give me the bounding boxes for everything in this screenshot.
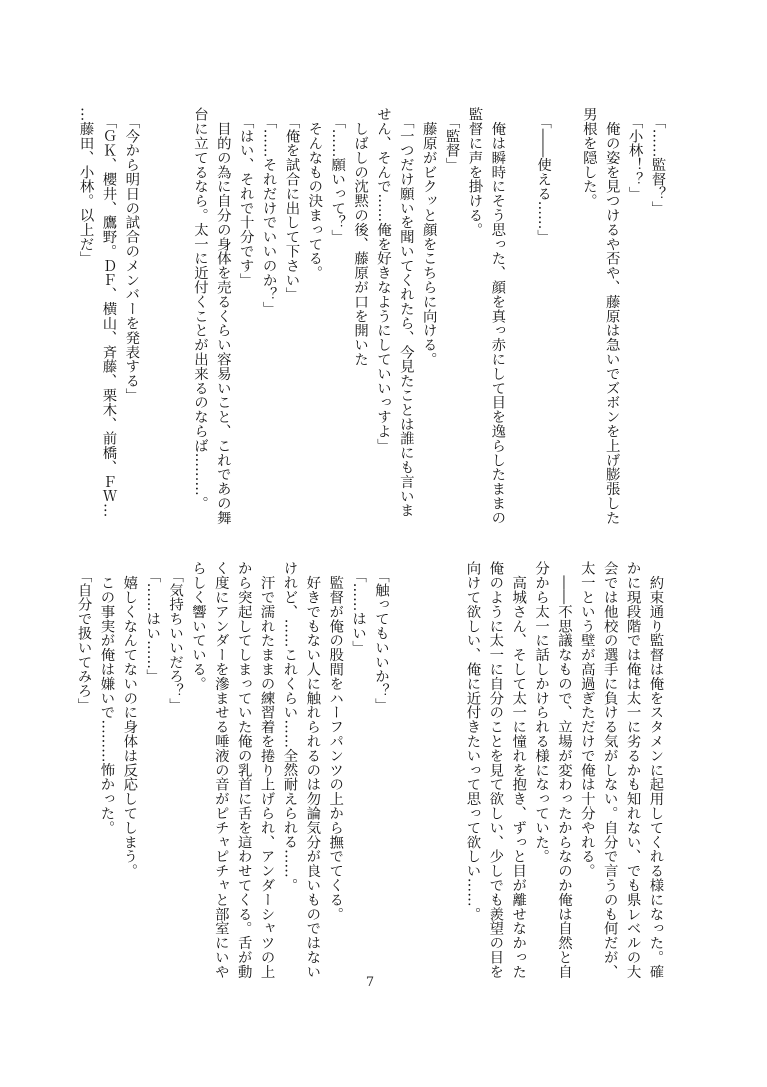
text-column: この事実が俺は嫌いで………怖かった。 <box>95 561 118 979</box>
text-column: 俺の姿を見つけるや否や、藤原は急いでズボンを上げ膨張した <box>600 107 623 525</box>
blank-column <box>392 561 415 979</box>
text-column: 「……はい」 <box>346 561 369 979</box>
text-column: 会では他校の選手に負ける気がしない。自分で言うのも何だが、 <box>598 561 621 979</box>
document-page: 「……監督？」 「小林！？」 俺の姿を見つけるや否や、藤原は急いでズボンを上げ膨… <box>0 0 767 1087</box>
text-column: 分から太一に話しかけられる様になっていた。 <box>529 561 552 979</box>
text-column: ――不思議なもので、立場が変わったからなのか俺は自然と自 <box>552 561 575 979</box>
text-column: 監督に声を掛ける。 <box>463 107 486 525</box>
text-column: 俺のように太一に自分のことを見て欲しい、少しでも羨望の目を <box>483 561 506 979</box>
text-column: 台に立てるなら。太一に近付くことが出来るのならば………。 <box>188 107 211 525</box>
text-column: 「ＧＫ、櫻井、鷹野。ＤＦ、横山、斉藤、栗木、前橋、ＦＷ… <box>97 107 120 525</box>
text-column: 「はい、それで十分です」 <box>234 107 257 525</box>
text-column: 俺は瞬時にそう思った、顔を真っ赤にして目を逸らしたままの <box>485 107 508 525</box>
lower-text-block: 約束通り監督は俺をスタメンに起用してくれる様になった。確 かに現段階では俺は太一… <box>72 561 667 979</box>
text-column: 藤原がビクッと顔をこちらに向ける。 <box>417 107 440 525</box>
text-column: 「……監督？」 <box>646 107 669 525</box>
text-column: 高城さん、そして太一に憧れを抱き、ずっと目が離せなかった <box>506 561 529 979</box>
text-column: けれど、……これくらい……全然耐えられる……。 <box>278 561 301 979</box>
text-column: らしく響いている。 <box>186 561 209 979</box>
page-number: 7 <box>355 976 385 990</box>
text-column: 「……願いって？」 <box>325 107 348 525</box>
text-column: 「一つだけ願いを聞いてくれたら、今見たことは誰にも言いま <box>394 107 417 525</box>
text-column: しばしの沈黙の後、藤原が口を開いた <box>348 107 371 525</box>
text-column: そんなもの決まってる。 <box>302 107 325 525</box>
text-column: 向けて欲しい、俺に近付きたいって思って欲しい……。 <box>461 561 484 979</box>
blank-column <box>508 107 531 525</box>
upper-text-block: 「……監督？」 「小林！？」 俺の姿を見つけるや否や、藤原は急いでズボンを上げ膨… <box>74 107 669 525</box>
text-column: 太一という壁が高過ぎただけで俺は十分やれる。 <box>575 561 598 979</box>
blank-column <box>142 107 165 525</box>
text-column: 監督が俺の股間をハーフパンツの上から撫でてくる。 <box>323 561 346 979</box>
text-column: 「……それだけでいいのか？」 <box>257 107 280 525</box>
text-column: く度にアンダーを滲ませる唾液の音がピチャピチャと部室にいや <box>209 561 232 979</box>
text-column: 「気持ちいいだろ？」 <box>163 561 186 979</box>
text-column: 嬉しくなんてないのに身体は反応してしまう。 <box>117 561 140 979</box>
text-column: 目的の為に自分の身体を売るくらい容易いこと、これであの舞 <box>211 107 234 525</box>
text-column: 約束通り監督は俺をスタメンに起用してくれる様になった。確 <box>644 561 667 979</box>
text-column: 「今から明日の試合のメンバーを発表する」 <box>119 107 142 525</box>
blank-column <box>554 107 577 525</box>
blank-column <box>165 107 188 525</box>
text-column: 「小林！？」 <box>623 107 646 525</box>
text-column: 「監督」 <box>440 107 463 525</box>
blank-column <box>415 561 438 979</box>
text-column: 「自分で扱いてみろ」 <box>72 561 95 979</box>
text-column: 「触ってもいいか？」 <box>369 561 392 979</box>
text-column: かに現段階では俺は太一に劣るかも知れない、でも県レベルの大 <box>621 561 644 979</box>
text-column: …藤田、小林。以上だ」 <box>74 107 97 525</box>
text-column: せん、そんで……俺を好きなようにしていいっすよ」 <box>371 107 394 525</box>
text-column: 「……はい……」 <box>140 561 163 979</box>
text-column: から突起してしまっていた俺の乳首に舌を這わせてくる。舌が動 <box>232 561 255 979</box>
blank-column <box>438 561 461 979</box>
text-column: 「――使える……」 <box>531 107 554 525</box>
text-column: 男根を隠した。 <box>577 107 600 525</box>
text-column: 好きでもない人に触れられるのは勿論気分が良いものではない <box>300 561 323 979</box>
text-column: 「俺を試合に出して下さい」 <box>280 107 303 525</box>
text-column: 汗で濡れたままの練習着を捲り上げられ、アンダーシャツの上 <box>255 561 278 979</box>
